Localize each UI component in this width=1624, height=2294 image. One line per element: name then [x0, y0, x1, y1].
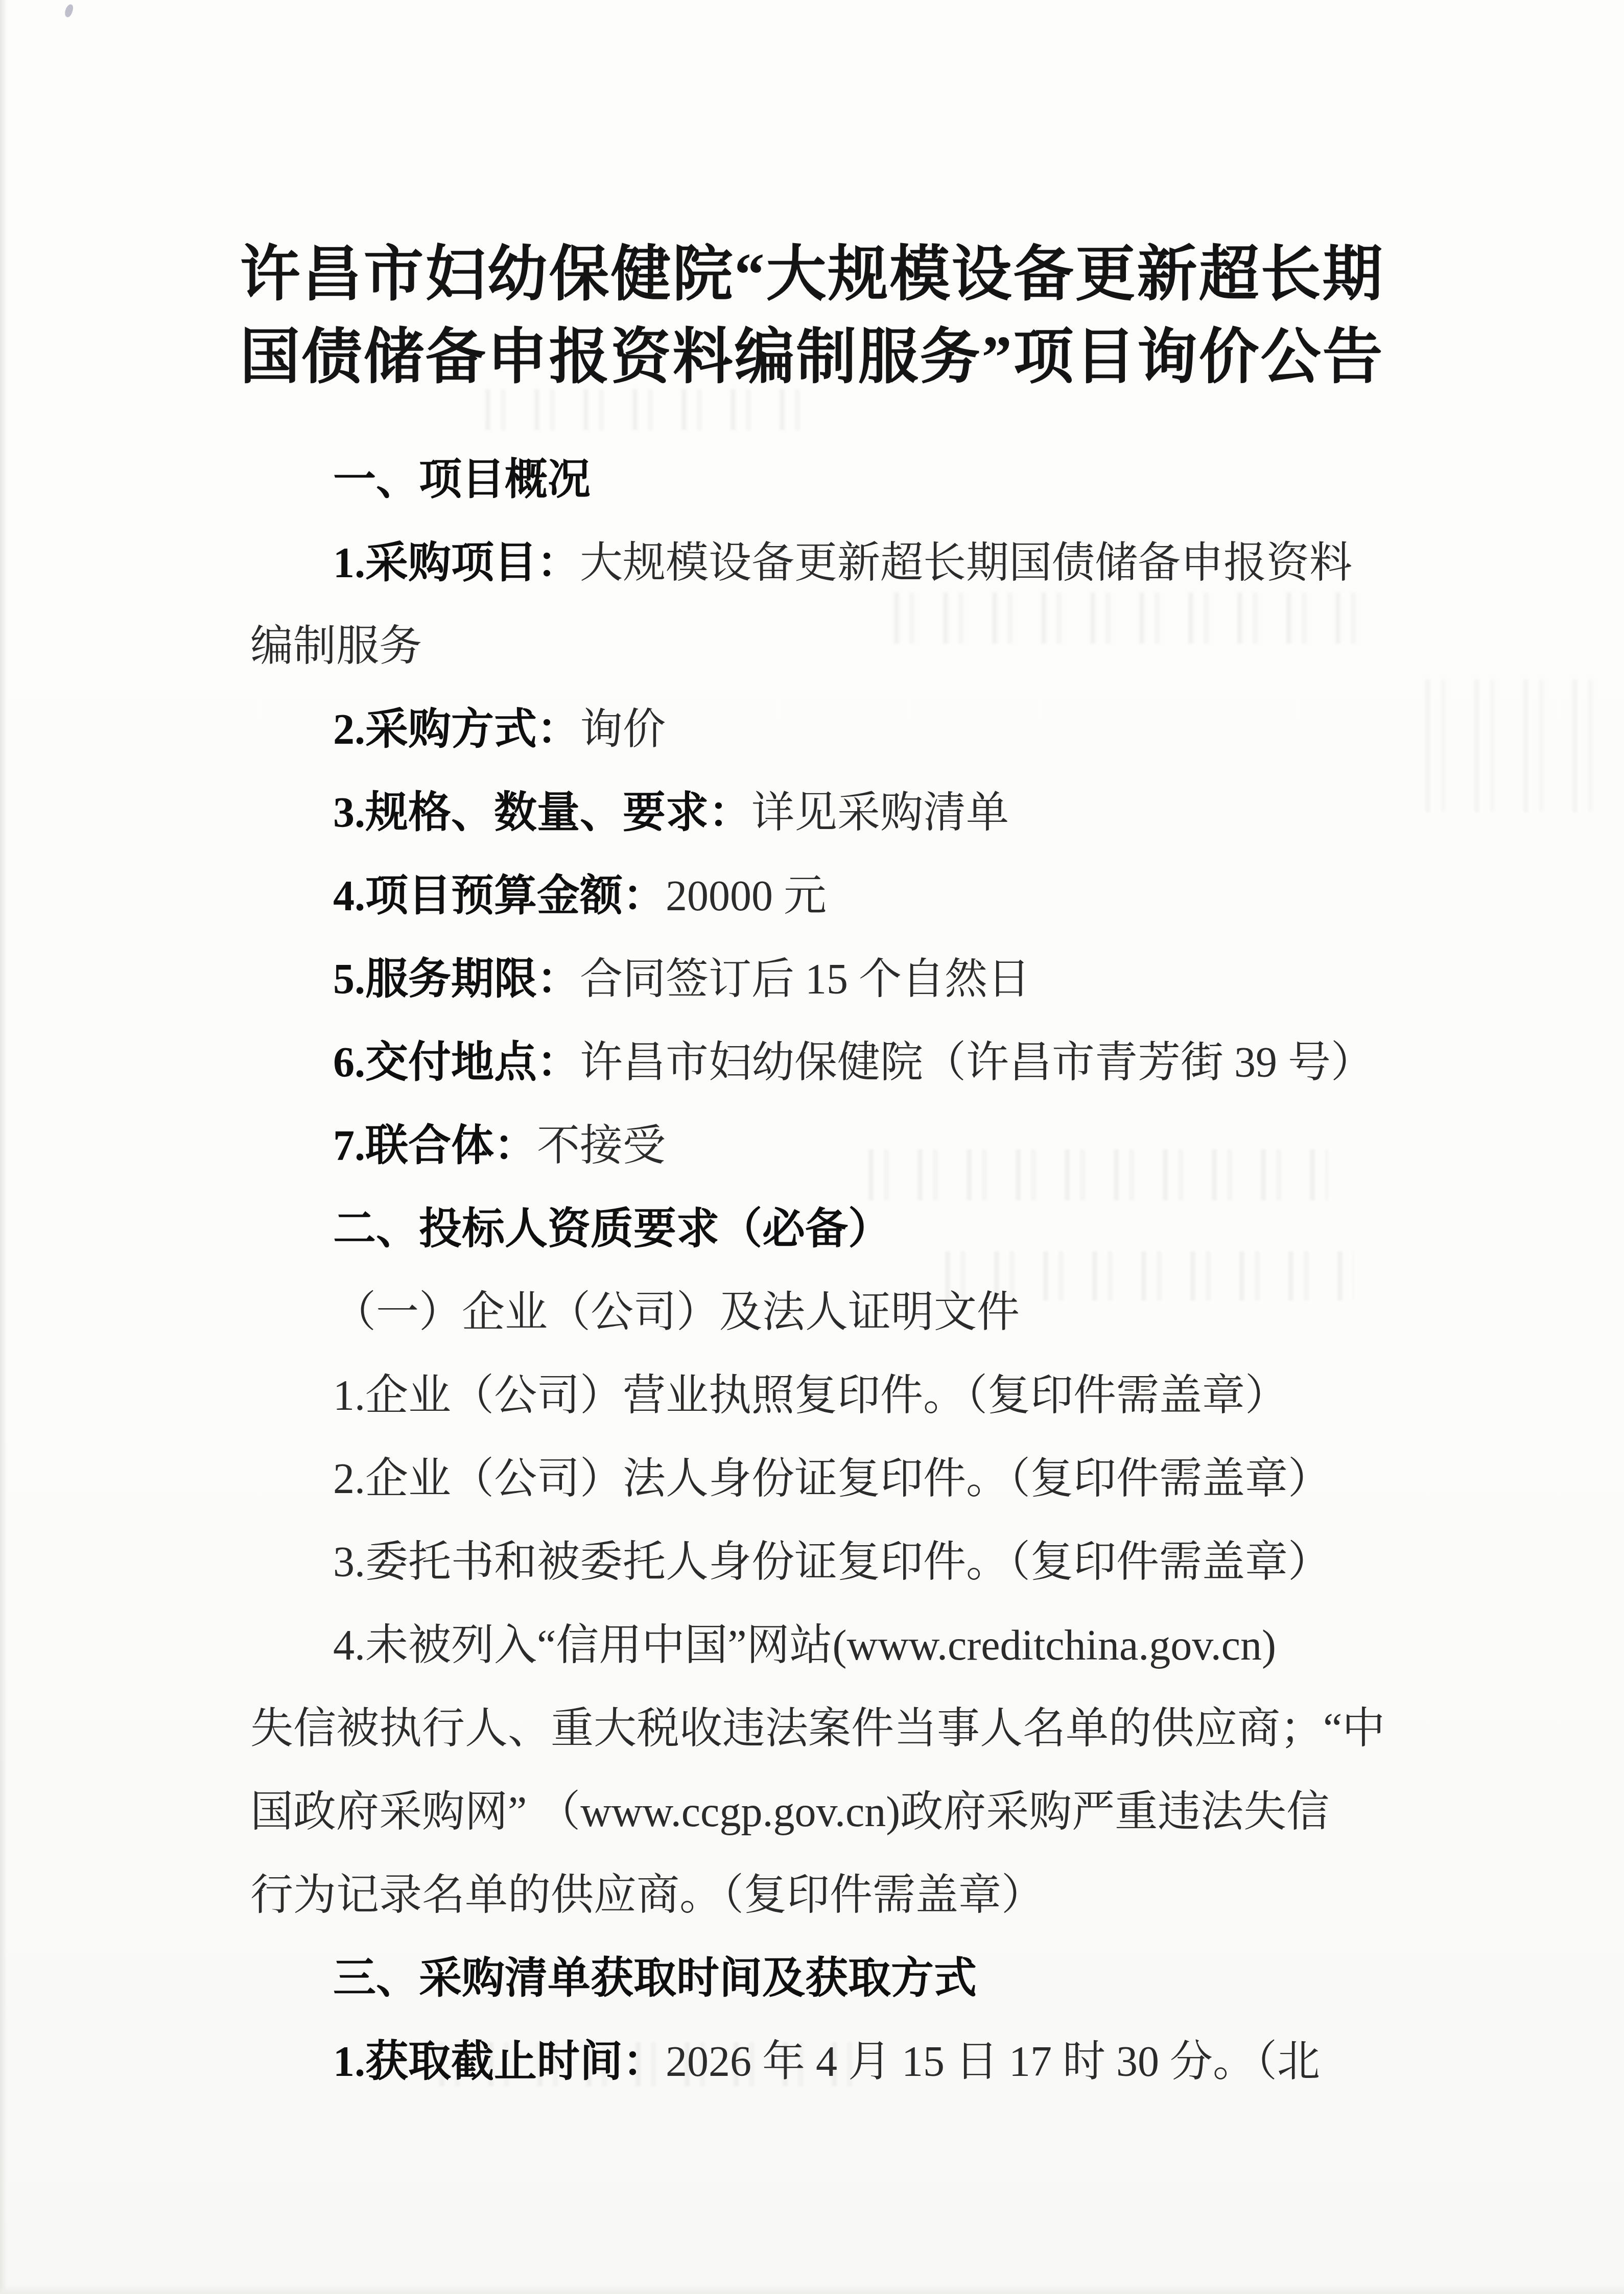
doc-line: 6.交付地点：许昌市妇幼保健院（许昌市青芳街 39 号）	[250, 1021, 1387, 1104]
scanned-document-page: 许昌市妇幼保健院“大规模设备更新超长期 国债储备申报资料编制服务”项目询价公告 …	[0, 0, 1624, 2294]
scan-bleedthrough-artifact	[1425, 679, 1599, 812]
doc-line: 7.联合体：不接受	[250, 1104, 1387, 1188]
section-heading: 一、项目概况	[250, 438, 1387, 522]
doc-line: 2.采购方式：询价	[250, 688, 1387, 771]
field-label: 4.项目预算金额：	[333, 872, 666, 920]
field-label: 1.采购项目：	[333, 539, 580, 587]
field-label: 5.服务期限：	[333, 956, 580, 1003]
field-value: 大规模设备更新超长期国债储备申报资料	[580, 539, 1352, 587]
section-heading-text: 三、采购清单获取时间及获取方式	[333, 1955, 977, 2002]
field-value: 许昌市妇幼保健院（许昌市青芳街 39 号）	[580, 1039, 1374, 1086]
doc-line: 失信被执行人、重大税收违法案件当事人名单的供应商；“中	[250, 1687, 1387, 1770]
field-label: 2.采购方式：	[333, 706, 580, 753]
doc-line: 1.企业（公司）营业执照复印件。（复印件需盖章）	[250, 1354, 1387, 1437]
field-value: 2.企业（公司）法人身份证复印件。（复印件需盖章）	[333, 1455, 1331, 1503]
doc-line: 4.未被列入“信用中国”网站(www.creditchina.gov.cn)	[250, 1604, 1387, 1687]
doc-line: 国政府采购网” （www.ccgp.gov.cn)政府采购严重违法失信	[250, 1770, 1387, 1854]
field-value: 国政府采购网” （www.ccgp.gov.cn)政府采购严重违法失信	[250, 1788, 1329, 1836]
field-value: 20000 元	[666, 872, 827, 920]
field-value: 详见采购清单	[751, 789, 1009, 837]
document-title-line2: 国债储备申报资料编制服务”项目询价公告	[215, 316, 1409, 399]
field-label: 6.交付地点：	[333, 1039, 580, 1086]
section-heading: 三、采购清单获取时间及获取方式	[250, 1937, 1387, 2020]
doc-line: 3.规格、数量、要求：详见采购清单	[250, 771, 1387, 855]
section-heading-text: 一、项目概况	[333, 456, 591, 504]
field-label: 1.获取截止时间：	[333, 2038, 666, 2086]
section-heading: 二、投标人资质要求（必备）	[250, 1188, 1387, 1271]
field-value: 行为记录名单的供应商。（复印件需盖章）	[250, 1872, 1044, 1919]
field-value: 1.企业（公司）营业执照复印件。（复印件需盖章）	[333, 1372, 1288, 1420]
doc-line: 5.服务期限：合同签订后 15 个自然日	[250, 938, 1387, 1021]
doc-line: 4.项目预算金额：20000 元	[250, 855, 1387, 938]
field-value: 不接受	[537, 1122, 666, 1170]
doc-line: （一）企业（公司）及法人证明文件	[250, 1271, 1387, 1354]
field-value: 合同签订后 15 个自然日	[580, 956, 1030, 1003]
field-value: 询价	[580, 706, 666, 753]
doc-line: 2.企业（公司）法人身份证复印件。（复印件需盖章）	[250, 1437, 1387, 1521]
field-value: 编制服务	[250, 623, 422, 670]
field-value: 2026 年 4 月 15 日 17 时 30 分。（北	[666, 2038, 1320, 2086]
doc-line: 3.委托书和被委托人身份证复印件。（复印件需盖章）	[250, 1521, 1387, 1604]
field-value: 失信被执行人、重大税收违法案件当事人名单的供应商；“中	[250, 1705, 1385, 1753]
document-body: 一、项目概况 1.采购项目：大规模设备更新超长期国债储备申报资料 编制服务 2.…	[250, 438, 1387, 2103]
field-value: 3.委托书和被委托人身份证复印件。（复印件需盖章）	[333, 1539, 1331, 1586]
scan-edge-shadow-left	[0, 0, 7, 2294]
field-value: 4.未被列入“信用中国”网站(www.creditchina.gov.cn)	[333, 1622, 1276, 1669]
section-heading-text: 二、投标人资质要求（必备）	[333, 1205, 891, 1253]
doc-line: 1.获取截止时间：2026 年 4 月 15 日 17 时 30 分。（北	[250, 2020, 1387, 2103]
doc-line: 行为记录名单的供应商。（复印件需盖章）	[250, 1854, 1387, 1937]
field-label: 7.联合体：	[333, 1122, 537, 1170]
field-value: （一）企业（公司）及法人证明文件	[333, 1289, 1020, 1336]
doc-line: 1.采购项目：大规模设备更新超长期国债储备申报资料	[250, 522, 1387, 605]
scan-edge-shadow-bottom	[0, 2285, 1624, 2294]
document-title-line1: 许昌市妇幼保健院“大规模设备更新超长期	[215, 233, 1409, 316]
doc-line: 编制服务	[250, 605, 1387, 688]
document-title: 许昌市妇幼保健院“大规模设备更新超长期 国债储备申报资料编制服务”项目询价公告	[215, 233, 1409, 399]
field-label: 3.规格、数量、要求：	[333, 789, 751, 837]
scan-ink-speck	[64, 4, 74, 18]
